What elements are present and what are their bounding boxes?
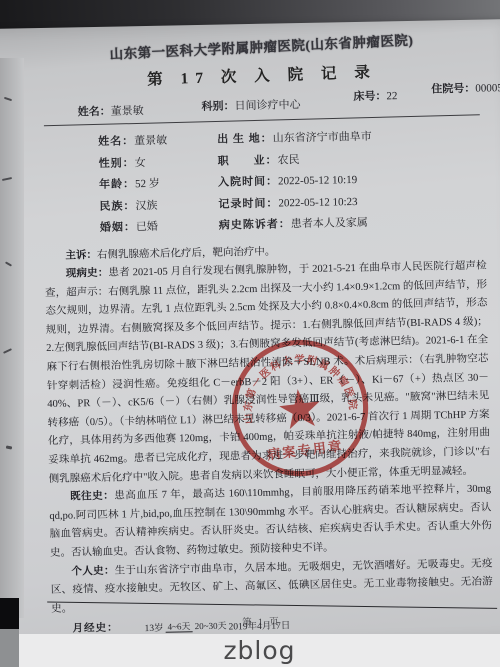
page-edge-mark <box>3 348 12 354</box>
field-name-label: 姓名： <box>78 106 111 119</box>
info-value: 农民 <box>278 154 300 166</box>
info-value: 2022-05-12 10:23 <box>278 195 357 209</box>
info-label: 出 生 地： <box>217 133 273 146</box>
field-department: 科别：日间诊疗中心 <box>201 96 300 114</box>
section-label: 个人史： <box>71 565 114 577</box>
photo: 山东第一医科大学附属肿瘤医院(山东省肿瘤医院) 第 17 次 入 院 记 录 姓… <box>0 0 500 667</box>
info-label: 婚姻： <box>100 221 136 234</box>
page-edge-mark <box>5 261 12 266</box>
info-value: 汉族 <box>135 199 157 211</box>
info-value: 52 岁 <box>135 178 160 190</box>
star-icon: ★ <box>273 376 328 443</box>
page-edge-mark <box>4 97 12 101</box>
info-label: 民族： <box>99 200 135 213</box>
section-personal-history: 个人史：生于山东省济宁市曲阜市，久居本地。无吸烟史，无饮酒嗜好。无吸毒史。无疫区… <box>50 555 493 619</box>
field-admission-no-label: 住院号： <box>431 83 475 96</box>
photo-corner-edge <box>0 629 19 667</box>
info-label: 病史陈诉者： <box>219 218 291 231</box>
info-label: 记录时间： <box>218 197 278 210</box>
patient-info-grid: 姓名：董景敏 出 生 地：山东省济宁市曲阜市 性别：女 职 业：农民 年龄：52… <box>42 125 486 241</box>
info-value: 2022-05-12 10:19 <box>278 174 357 188</box>
field-admission-no: 住院号：0000590970 <box>431 79 500 97</box>
section-label: 既往史： <box>70 491 114 503</box>
info-label: 性别： <box>99 157 135 170</box>
info-label: 年龄： <box>99 178 135 191</box>
photo-corner-shadow <box>0 598 19 629</box>
underlying-page-edge <box>0 58 24 618</box>
section-label: 主诉： <box>65 249 97 261</box>
field-name-value: 董景敏 <box>111 105 144 118</box>
field-bed-label: 床号： <box>353 90 386 103</box>
field-admission-no-value: 0000590970 <box>475 82 500 95</box>
watermark-text: zblog <box>223 638 295 663</box>
field-bed-value: 22 <box>386 90 397 102</box>
info-value: 女 <box>135 157 146 169</box>
hospital-stamp: ★ 山东第一医科大学附属肿瘤医院 病案专用章 <box>209 317 392 500</box>
info-label: 姓名： <box>98 135 134 148</box>
section-label: 现病史： <box>66 268 109 280</box>
field-bed: 床号：22 <box>353 87 397 104</box>
section-text: 患高血压 7 年，最高达 160\110mmhg，目前服用降压药硝苯地平控释片，… <box>49 484 491 559</box>
info-value: 患者本人及家属 <box>291 217 368 230</box>
info-label: 职 业： <box>218 154 278 167</box>
field-name: 姓名：董景敏 <box>77 102 143 119</box>
info-value: 董景敏 <box>134 135 167 148</box>
field-department-label: 科别： <box>201 100 234 113</box>
info-value: 山东省济宁市曲阜市 <box>273 131 372 145</box>
info-value: 已婚 <box>136 221 158 233</box>
section-text: 右侧乳腺癌术后化疗后，靶向治疗中。 <box>97 246 276 260</box>
page-edge-mark <box>2 177 12 181</box>
watermark-bar: zblog <box>19 634 500 667</box>
field-department-value: 日间诊疗中心 <box>234 99 300 112</box>
stamp-bottom-text: 病案专用章 <box>266 437 344 462</box>
page-edge-mark <box>6 446 12 450</box>
info-label: 入院时间： <box>218 175 278 188</box>
